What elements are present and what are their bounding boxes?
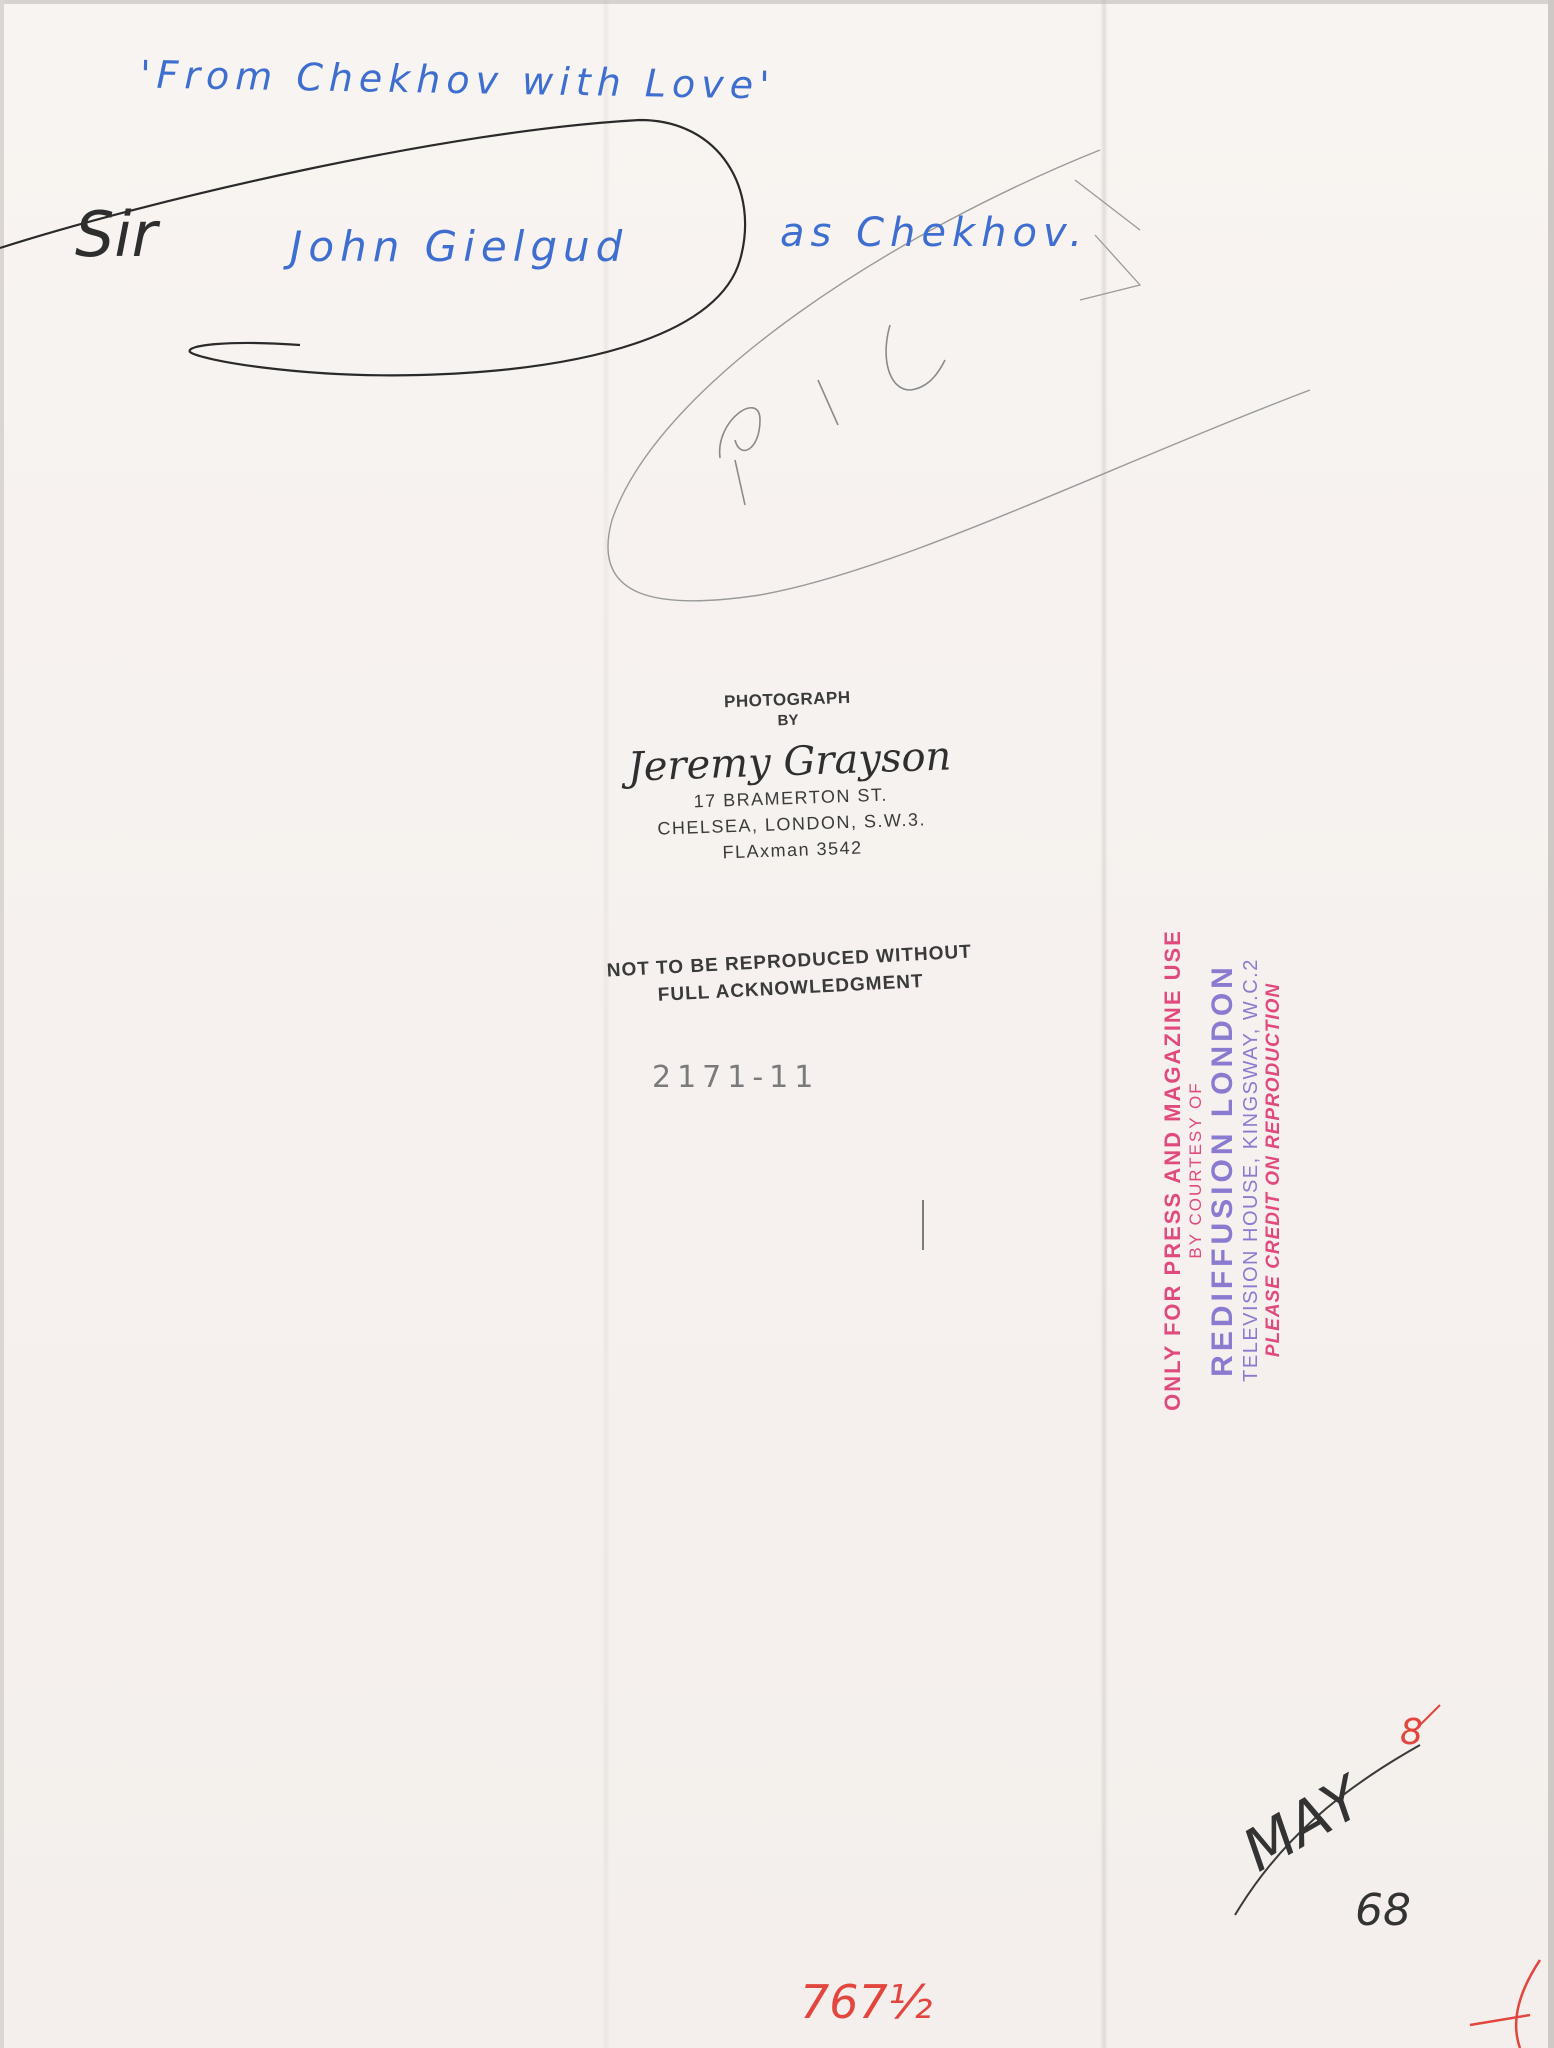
handwritten-name: John Gielgud bbox=[290, 222, 628, 271]
stamp-press-use: ONLY FOR PRESS AND MAGAZINE USE bbox=[1160, 890, 1186, 1450]
handwritten-role: as Chekhov. bbox=[780, 210, 1088, 256]
broadcaster-stamp: ONLY FOR PRESS AND MAGAZINE USE BY COURT… bbox=[1160, 850, 1285, 1450]
date-day: 8 bbox=[1400, 1712, 1423, 1753]
stamp-credit: PLEASE CREDIT ON REPRODUCTION bbox=[1263, 890, 1285, 1450]
stamp-address: TELEVISION HOUSE, KINGSWAY, W.C.2 bbox=[1240, 890, 1263, 1450]
red-ink-number: 767½ bbox=[800, 1975, 932, 2029]
stamp-courtesy: BY COURTESY OF bbox=[1186, 890, 1206, 1450]
handwritten-sir: Sir bbox=[75, 198, 157, 271]
pencil-reference-number: 2171-11 bbox=[652, 1060, 819, 1095]
photographer-stamp: PHOTOGRAPH BY Jeremy Grayson 17 BRAMERTO… bbox=[557, 682, 1023, 871]
pencil-marks-drawing bbox=[0, 0, 1554, 2048]
date-year: 68 bbox=[1355, 1885, 1411, 1936]
stamp-company: REDIFFUSION LONDON bbox=[1206, 890, 1240, 1450]
